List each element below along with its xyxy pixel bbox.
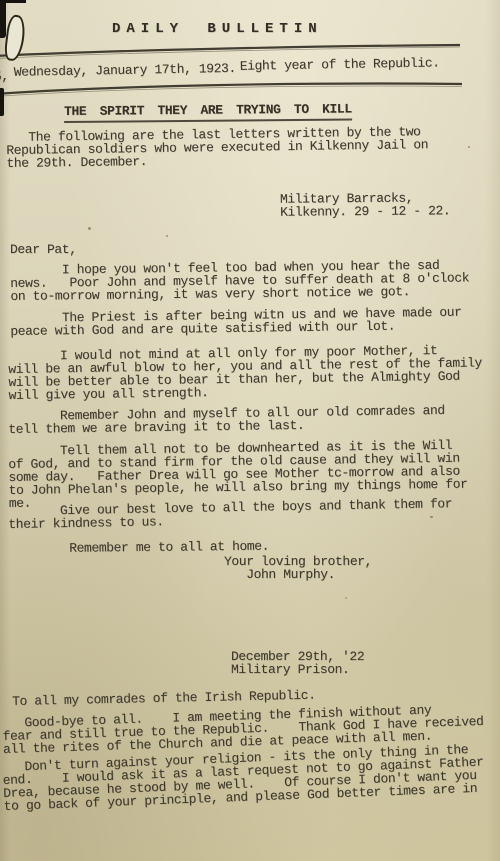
letter1-paragraph: Remember me to all at home. <box>10 540 269 556</box>
letter1-paragraph: The Priest is after being witn us and we… <box>10 306 462 338</box>
paper-speck <box>166 235 168 237</box>
headline: THE SPIRIT THEY ARE TRYING TO KILL <box>64 102 352 123</box>
paper-speck <box>468 146 470 148</box>
letter1-paragraph: I would not mind at all only for my poor… <box>8 343 482 402</box>
paper-speck <box>345 597 347 599</box>
letter2-dateline: December 29th, '22 Military Prison. <box>231 650 364 676</box>
intro-paragraph: The following are the last letters writt… <box>6 125 428 170</box>
letter1-salutation: Dear Pat, <box>10 243 77 256</box>
scanned-document-page: DAILY BULLETIN 5, Wednesday, January 17t… <box>0 0 500 861</box>
letter1-address: Military Barracks, Kilkenny. 29 - 12 - 2… <box>280 191 450 218</box>
date-text: Wednesday, January 17th, 1923. <box>14 62 236 79</box>
scan-edge-mark <box>0 0 6 38</box>
letter1-signoff: Your loving brother, John Murphy. <box>224 555 372 581</box>
scan-edge-mark <box>0 88 4 116</box>
masthead-title: DAILY BULLETIN <box>112 23 323 36</box>
paper-speck <box>88 227 91 230</box>
issue-number-fragment: 5, <box>0 70 9 83</box>
letter1-paragraph: I hope you won't feel too bad when you h… <box>10 258 469 303</box>
republic-year-text: Eight year of the Republic. <box>240 56 440 72</box>
